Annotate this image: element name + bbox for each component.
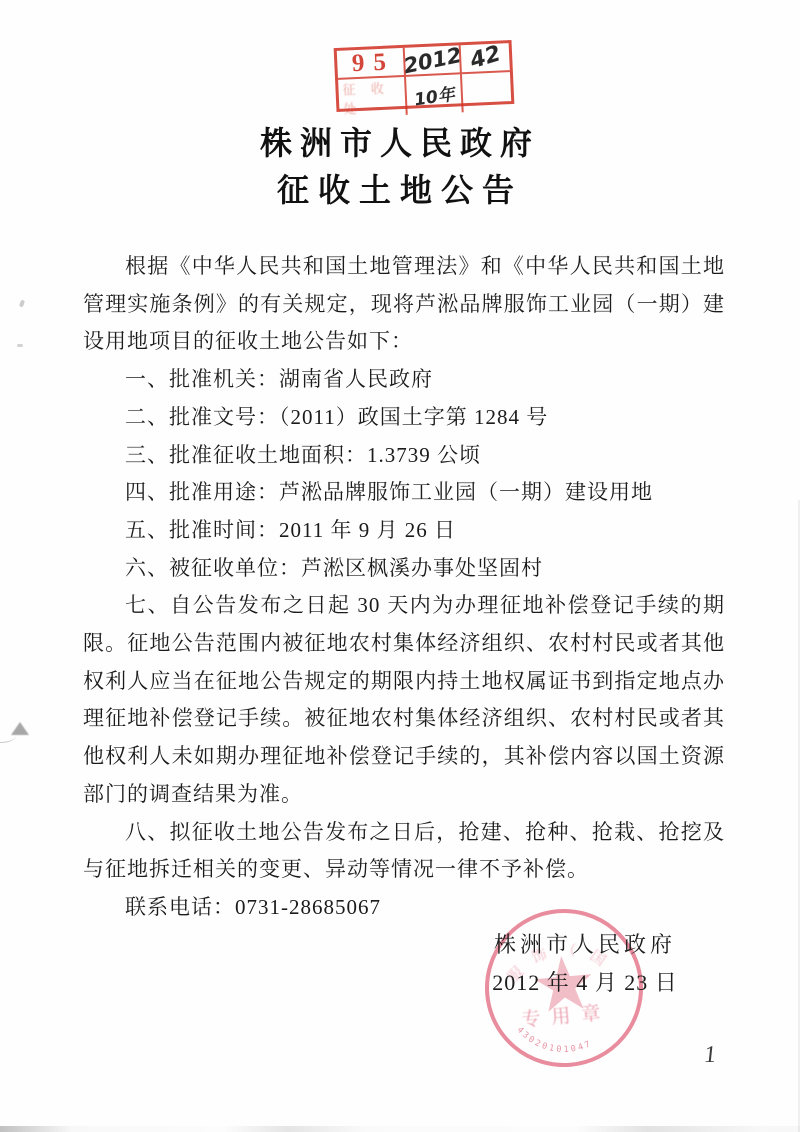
- scan-speck-artifact: [17, 344, 23, 347]
- item-5-approval-date: 五、批准时间：2011 年 9 月 26 日: [83, 512, 725, 550]
- stamp-handwritten-year: 2012: [401, 42, 463, 77]
- stamp-cell-year: 2012: [405, 45, 462, 77]
- item-6-expropriated-unit: 六、被征收单位：芦淞区枫溪办事处坚固村: [83, 550, 725, 588]
- stamp-cell-empty: [462, 72, 512, 112]
- item-8-no-compensation-clause: 八、拟征收土地公告发布之日后，抢建、抢种、抢栽、抢挖及与征地拆迁相关的变更、异动…: [83, 814, 725, 889]
- stamp-handwritten-serial: 42: [467, 41, 503, 74]
- scan-mark-artifact: [0, 736, 16, 743]
- signature-block: 株洲市人民政府 2012 年 4 月 23 日: [430, 926, 740, 1002]
- stamp-cell-serial: 42: [461, 43, 510, 74]
- item-7-registration-deadline: 七、自公告发布之日起 30 天内为办理征地补偿登记手续的期限。征地公告范围内被征…: [83, 587, 725, 813]
- stamp-cell-number: 95: [337, 48, 406, 80]
- signature-issuer: 株洲市人民政府: [430, 926, 740, 964]
- page-number: 1: [703, 1042, 718, 1069]
- stamp-cell-duration: 10年: [406, 74, 464, 115]
- scan-triangle-artifact: [11, 722, 29, 735]
- scan-speck-artifact: [19, 300, 25, 308]
- item-1-approving-authority: 一、批准机关：湖南省人民政府: [83, 361, 725, 399]
- scan-bottom-edge-shadow: [0, 1126, 800, 1132]
- document-title-subject: 征收土地公告: [0, 165, 800, 211]
- stamp-printed-number: 95: [345, 48, 395, 78]
- document-page: 95 2012 42 征 收 处 10年 株洲市人民政府 征收土地公告 根据《中…: [0, 0, 800, 1132]
- intro-paragraph: 根据《中华人民共和国土地管理法》和《中华人民共和国土地管理实施条例》的有关规定，…: [83, 248, 725, 361]
- item-2-approval-number: 二、批准文号：（2011）政国土字第 1284 号: [83, 399, 725, 437]
- item-4-approved-use: 四、批准用途：芦淞品牌服饰工业园（一期）建设用地: [83, 474, 725, 512]
- signature-date: 2012 年 4 月 23 日: [430, 964, 740, 1002]
- stamp-handwritten-duration: 10年: [412, 79, 456, 110]
- stamp-cell-office: 征 收 处: [338, 77, 408, 118]
- seal-center-text: 专用章: [521, 1001, 613, 1031]
- archival-stamp: 95 2012 42 征 收 处 10年: [334, 40, 515, 112]
- item-3-land-area: 三、批准征收土地面积：1.3739 公顷: [83, 437, 725, 475]
- stamp-office-label: 征 收 处: [338, 77, 406, 118]
- document-title-issuer: 株洲市人民政府: [0, 118, 800, 164]
- document-body: 根据《中华人民共和国土地管理法》和《中华人民共和国土地管理实施条例》的有关规定，…: [83, 248, 725, 927]
